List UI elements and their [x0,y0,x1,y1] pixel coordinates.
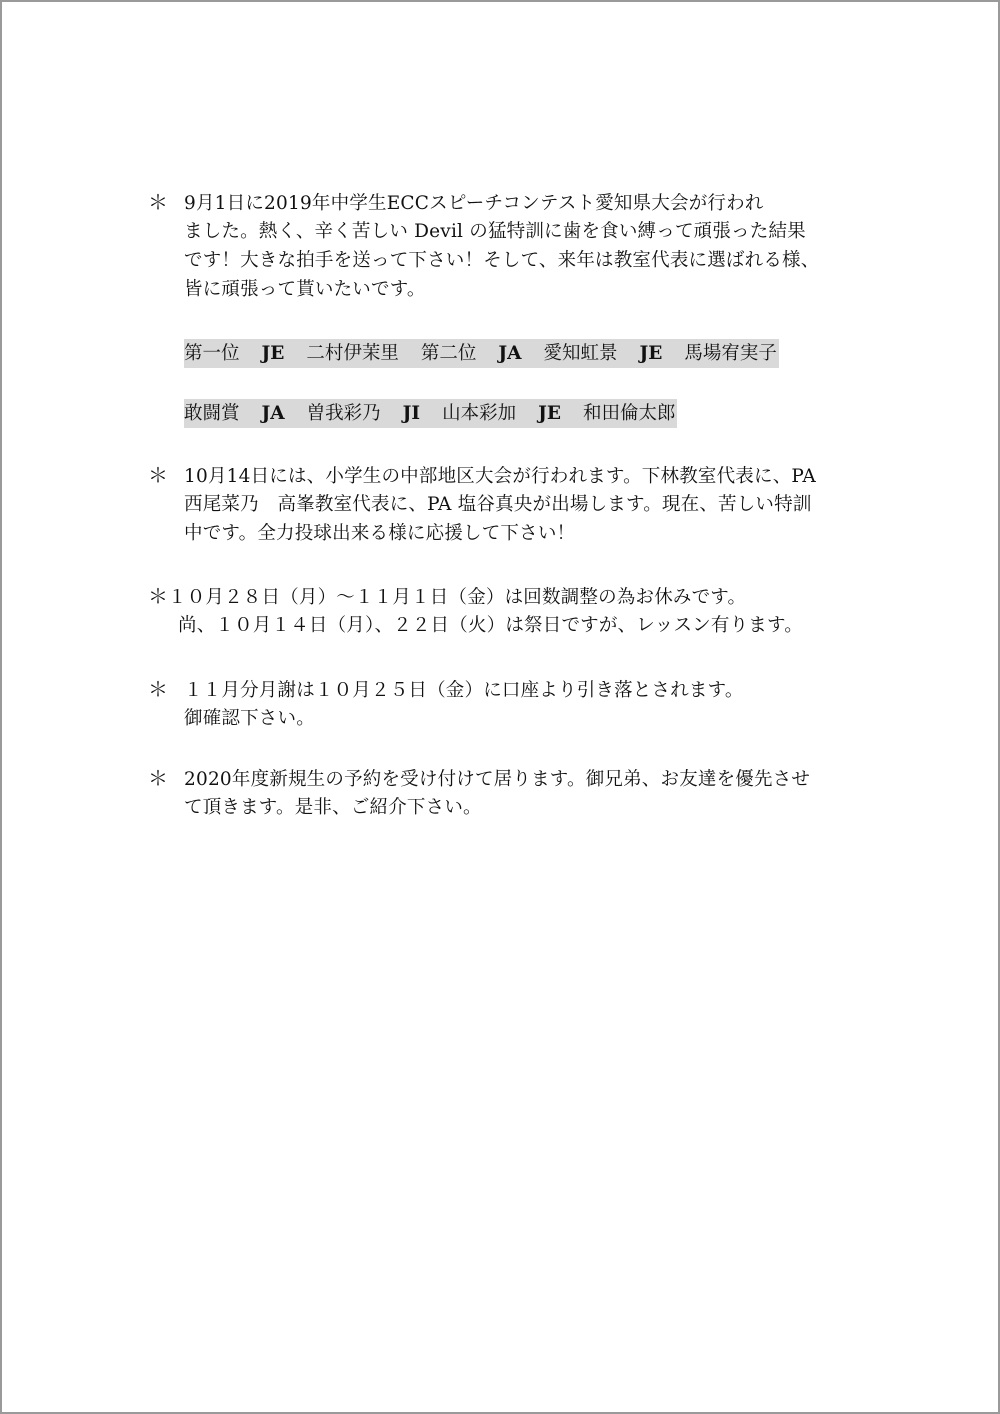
notice-text: 2020年度新規生の予約を受け付けて居ります。御兄弟、お友達を優先させ [184,769,810,790]
notice-line: 中です。全力投球出来る様に応援して下さい！ [148,519,878,548]
winner-name: 曽我彩乃 [307,399,381,428]
asterisk-bullet-icon: ＊ [148,675,184,704]
notice-line: ＊10月14日には、小学生の中部地区大会が行われます。下林教室代表に、PA [148,461,878,490]
notice-line: 御確認下さい。 [148,704,878,733]
class-label: JA [262,399,285,428]
winner-name: 二村伊茉里 [306,339,399,368]
notice-text: １０月２８日（月）～１１月１日（金）は回数調整の為お休みです。 [168,587,746,608]
class-label: JA [498,339,521,368]
class-label: JE [640,339,663,368]
notice-line: ＊１０月２８日（月）～１１月１日（金）は回数調整の為お休みです。 [148,582,878,611]
notice-text: 皆に頑張って貰いたいです。 [184,279,426,300]
notice-speech-contest: ＊9月1日に2019年中学生ECCスピーチコンテスト愛知県大会が行われ ました。… [148,188,878,304]
winner-name: 馬場宥実子 [684,339,777,368]
notice-text: 10月14日には、小学生の中部地区大会が行われます。下林教室代表に、PA [184,466,816,487]
asterisk-bullet-icon: ＊ [148,764,184,793]
notice-text: 御確認下さい。 [184,708,315,729]
notice-holiday: ＊１０月２８日（月）～１１月１日（金）は回数調整の為お休みです。 尚、１０月１４… [148,582,878,640]
winners-row-1: 第一位JE二村伊茉里第二位JA愛知虹景JE馬場宥実子 [184,339,779,368]
notice-line: ました。熱く、辛く苦しい Devil の猛特訓に歯を食い縛って頑張った結果 [148,217,878,246]
winners-row-2: 敢闘賞JA曽我彩乃JI山本彩加JE和田倫太郎 [184,399,677,428]
document-page: ＊9月1日に2019年中学生ECCスピーチコンテスト愛知県大会が行われ ました。… [0,0,1000,1414]
notice-text: １１月分月謝は１０月２５日（金）に口座より引き落とされます。 [184,680,744,701]
award-label: 第二位 [421,339,477,368]
winner-name: 山本彩加 [442,399,516,428]
winner-name: 和田倫太郎 [583,399,676,428]
asterisk-bullet-icon: ＊ [148,188,184,217]
notice-line: て頂きます。是非、ご紹介下さい。 [148,793,878,822]
notice-new-students: ＊2020年度新規生の予約を受け付けて居ります。御兄弟、お友達を優先させ て頂き… [148,764,878,822]
award-label: 第一位 [184,339,240,368]
award-label: 敢闘賞 [184,399,240,428]
notice-text: 中です。全力投球出来る様に応援して下さい！ [184,523,575,544]
notice-text: て頂きます。是非、ご紹介下さい。 [184,797,482,818]
notice-text: 尚、１０月１４日（月）、２２日（火）は祭日ですが、レッスン有ります。 [178,615,803,636]
winner-name: 愛知虹景 [544,339,618,368]
notice-line: ＊9月1日に2019年中学生ECCスピーチコンテスト愛知県大会が行われ [148,188,878,217]
notice-line: 尚、１０月１４日（月）、２２日（火）は祭日ですが、レッスン有ります。 [148,611,878,640]
notice-line: 西尾菜乃 高峯教室代表に、PA 塩谷真央が出場します。現在、苦しい特訓 [148,490,878,519]
class-label: JE [262,339,285,368]
asterisk-bullet-icon: ＊ [148,461,184,490]
class-label: JI [403,399,420,428]
notice-line: ＊2020年度新規生の予約を受け付けて居ります。御兄弟、お友達を優先させ [148,764,878,793]
notice-text: ました。熱く、辛く苦しい Devil の猛特訓に歯を食い縛って頑張った結果 [184,221,806,242]
asterisk-bullet-icon: ＊ [148,582,168,611]
notice-text: です！大きな拍手を送って下さい！そして、来年は教室代表に選ばれる様、 [184,250,819,271]
notice-tuition: ＊１１月分月謝は１０月２５日（金）に口座より引き落とされます。 御確認下さい。 [148,675,878,733]
notice-line: 皆に頑張って貰いたいです。 [148,275,878,304]
notice-text: 西尾菜乃 高峯教室代表に、PA 塩谷真央が出場します。現在、苦しい特訓 [184,494,812,515]
notice-line: です！大きな拍手を送って下さい！そして、来年は教室代表に選ばれる様、 [148,246,878,275]
notice-line: ＊１１月分月謝は１０月２５日（金）に口座より引き落とされます。 [148,675,878,704]
notice-text: 9月1日に2019年中学生ECCスピーチコンテスト愛知県大会が行われ [184,193,764,214]
notice-regional-contest: ＊10月14日には、小学生の中部地区大会が行われます。下林教室代表に、PA 西尾… [148,461,878,548]
class-label: JE [538,399,561,428]
